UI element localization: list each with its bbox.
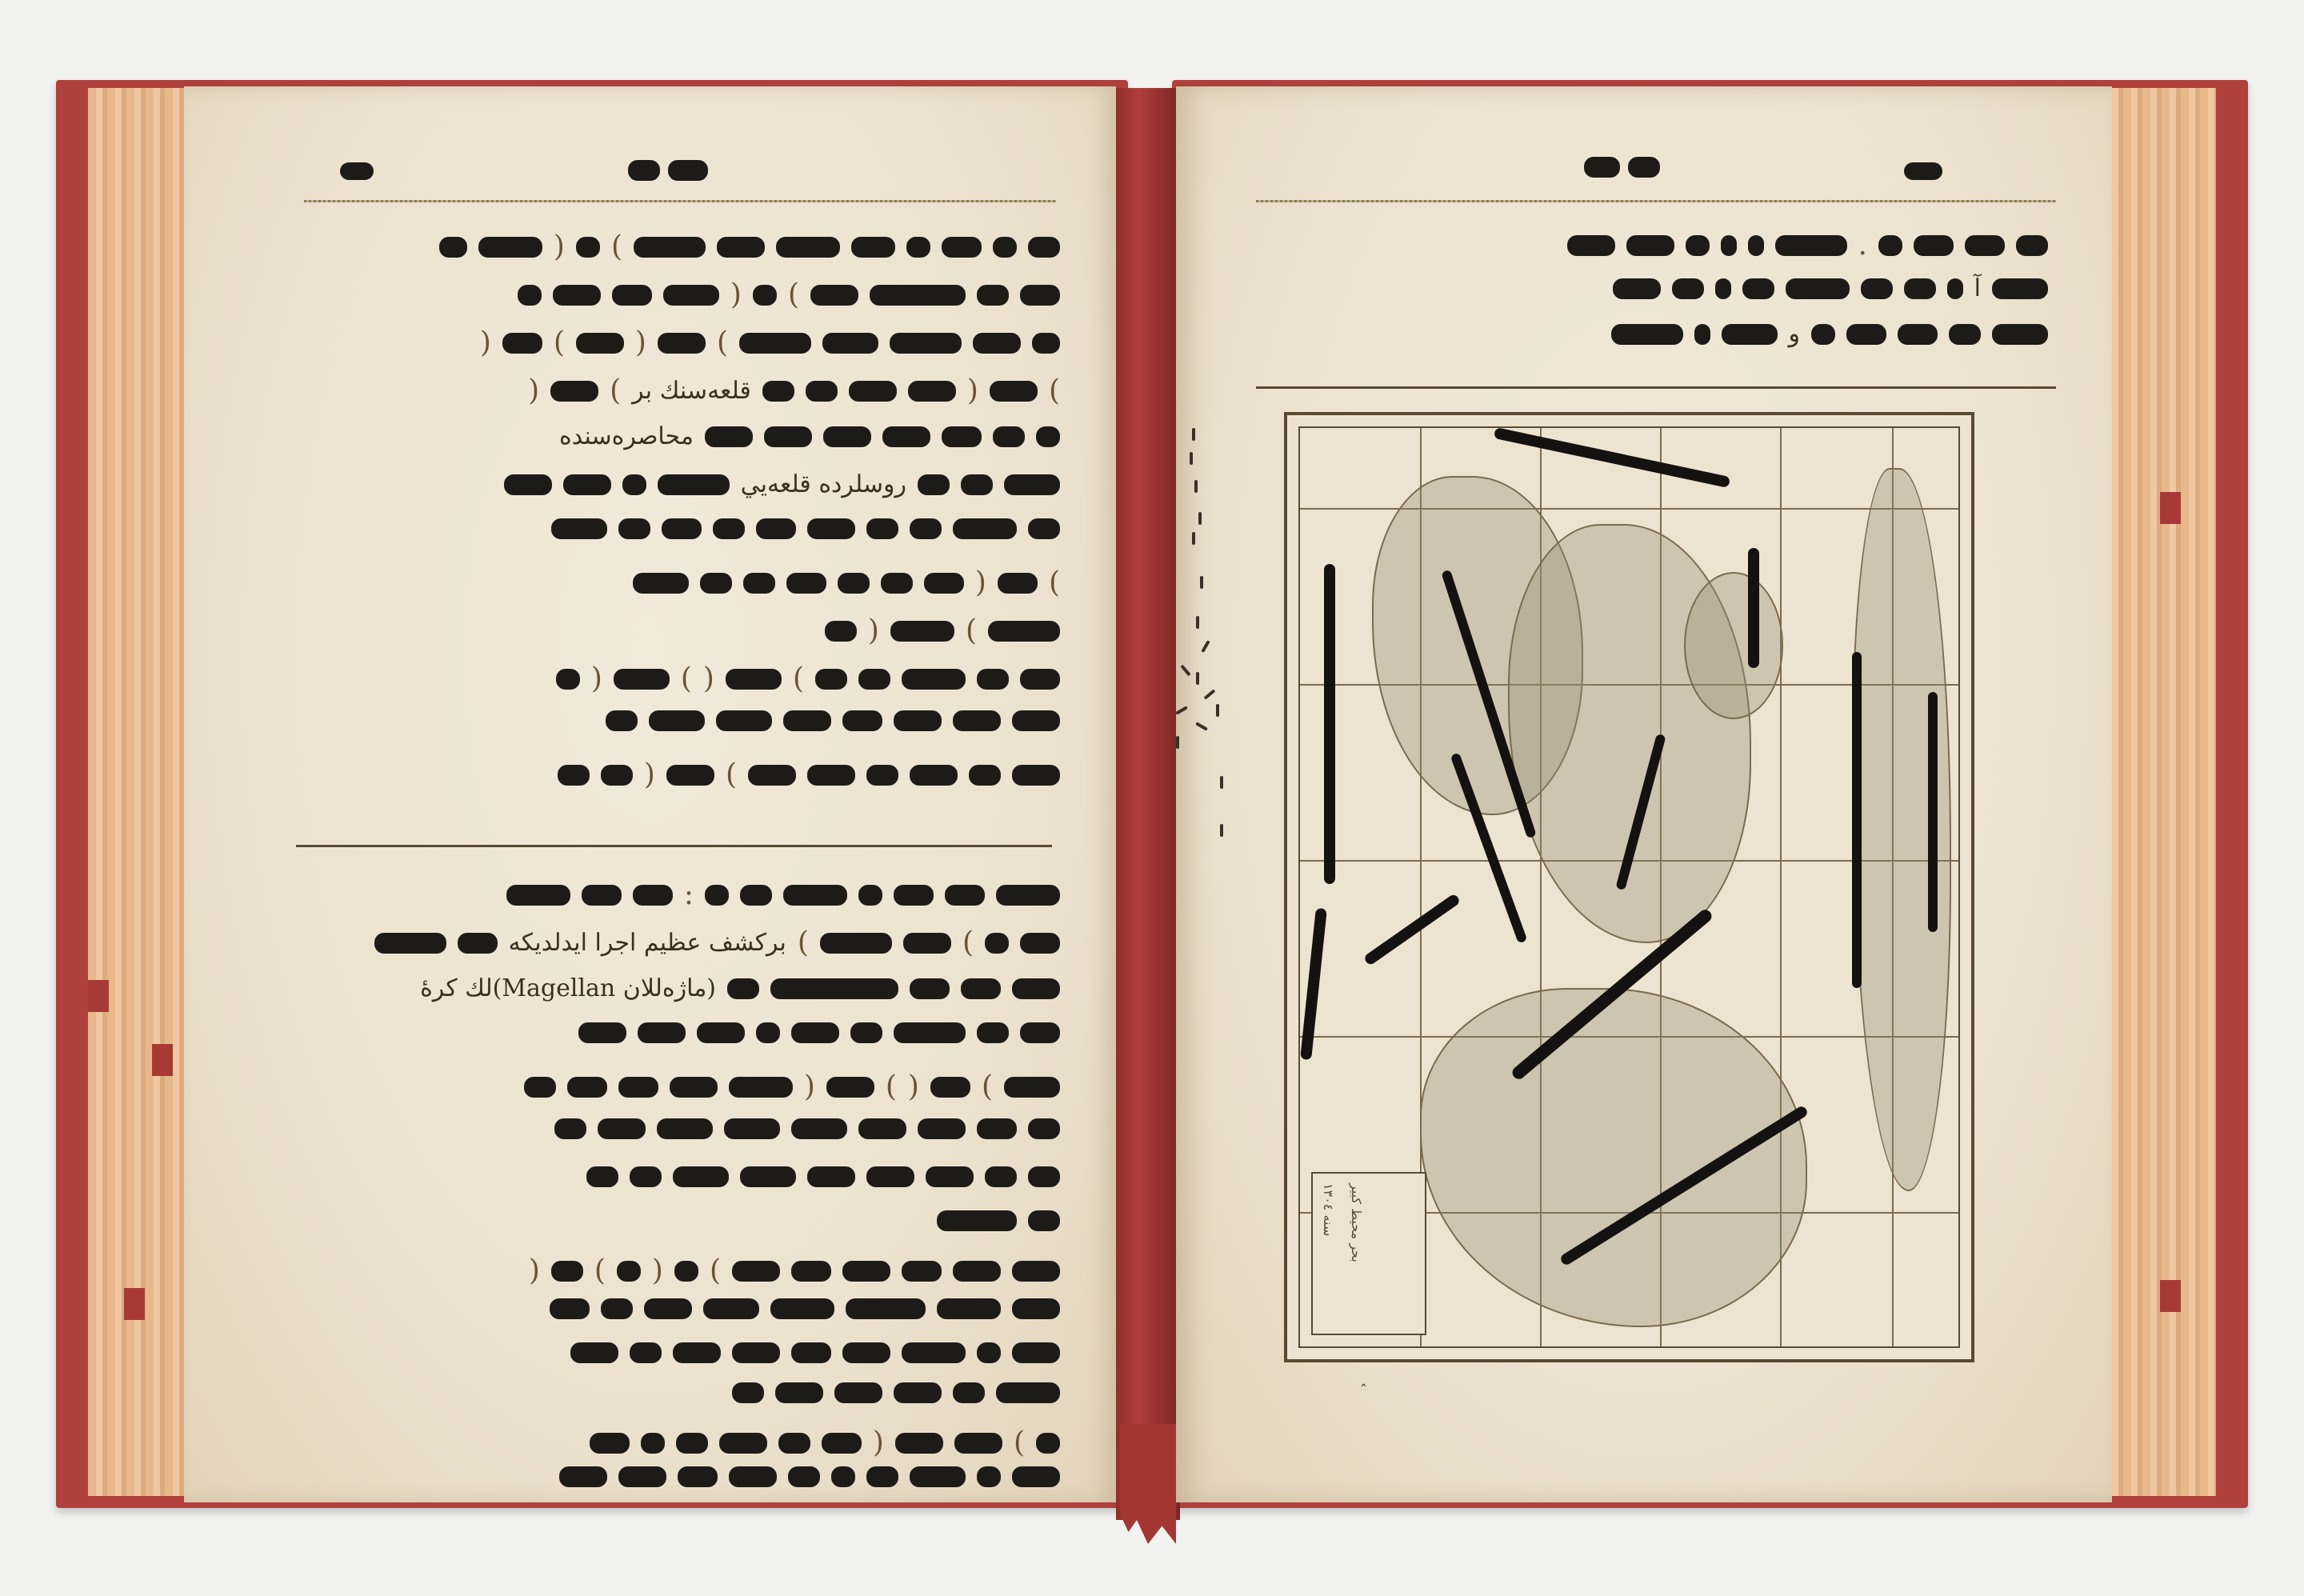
page-tab: [2160, 492, 2181, 524]
text-line: ()(): [556, 662, 1060, 695]
redaction-stroke: [1852, 652, 1862, 988]
insect-mark: [1220, 824, 1223, 837]
header-rule: [304, 200, 1056, 202]
page-mark: ˆ: [1360, 1382, 1367, 1399]
page-tab: [124, 1288, 145, 1320]
redaction-stroke: [1928, 692, 1938, 932]
text-line: و: [1611, 320, 2049, 348]
text-line: ((بركشف عظيم اجرا ايدلديكه: [374, 926, 1060, 959]
text-line: (): [590, 1426, 1060, 1459]
open-book: () () ()() ()قلعه‌سنك بر() محاصره‌سنده ر…: [0, 0, 2304, 1596]
text-line: روسلرده قلعه‌يي: [504, 470, 1060, 498]
insect-mark: [1220, 776, 1223, 789]
ribbon-bookmark: [1120, 1424, 1176, 1544]
text-line: [551, 518, 1060, 539]
text-line: [606, 710, 1060, 731]
redaction-stroke: [1363, 893, 1462, 966]
insect-mark: [1216, 704, 1219, 717]
text-line: (): [558, 758, 1060, 791]
insect-mark: [1176, 736, 1179, 749]
insect-mark: [1192, 428, 1195, 441]
visible-text: روسلرده قلعه‌يي: [741, 470, 906, 498]
text-line: [732, 1382, 1060, 1403]
insect-mark: [1194, 480, 1198, 493]
text-line: ()(): [524, 1070, 1060, 1103]
section-divider: [1256, 386, 2056, 389]
redaction-stroke: [1324, 564, 1335, 884]
visible-text: بركشف عظيم اجرا ايدلديكه: [509, 929, 786, 957]
redaction-stroke: [1494, 427, 1730, 488]
running-title: [628, 160, 708, 181]
text-line: [937, 1210, 1060, 1231]
insect-mark: [1196, 672, 1199, 685]
page-number-redacted: [340, 162, 374, 180]
text-line: (): [825, 614, 1060, 647]
text-line: (): [518, 278, 1060, 311]
visible-text: محاصره‌سنده: [559, 422, 694, 450]
text-line: .: [1567, 229, 2048, 262]
spine-gutter: [1116, 88, 1180, 1520]
left-page: () () ()() ()قلعه‌سنك بر() محاصره‌سنده ر…: [184, 86, 1116, 1502]
landmass: [1684, 572, 1783, 719]
text-line: [570, 1342, 1060, 1363]
text-line: [559, 1466, 1060, 1487]
text-line: :: [506, 878, 1060, 911]
map-legend: سنه ۱۳۰٤ بحر محيط كبير: [1311, 1172, 1426, 1335]
page-tab: [2160, 1280, 2181, 1312]
text-line: ()(): [480, 326, 1060, 359]
text-line: [586, 1166, 1060, 1187]
page-tab: [88, 980, 109, 1012]
text-line: [554, 1118, 1060, 1139]
section-divider: [296, 845, 1052, 847]
visible-text: قلعه‌سنك بر: [632, 377, 751, 405]
insect-mark: [1198, 512, 1202, 525]
text-line: (ماژه‌للان Magellan)لك كرهٔ: [420, 974, 1060, 1002]
insect-mark: [1190, 452, 1193, 465]
page-edges-left: [88, 88, 200, 1496]
text-line: محاصره‌سنده: [559, 422, 1060, 450]
page-tab: [152, 1044, 173, 1076]
page-number-redacted: [1904, 162, 1942, 180]
text-line: (): [633, 566, 1060, 599]
redaction-stroke: [1748, 548, 1759, 668]
insect-mark: [1200, 576, 1203, 589]
visible-text: و: [1789, 320, 1801, 348]
text-line: [578, 1022, 1060, 1043]
text-line: (): [439, 230, 1060, 263]
map-frame: سنه ۱۳۰٤ بحر محيط كبير: [1298, 426, 1960, 1348]
text-line: [550, 1298, 1060, 1319]
text-line: آ: [1613, 274, 2048, 302]
header-rule: [1256, 200, 2056, 202]
map-illustration: سنه ۱۳۰٤ بحر محيط كبير: [1284, 412, 1974, 1362]
insect-mark: [1196, 616, 1199, 629]
running-title: [1584, 157, 1660, 178]
visible-text-magellan: (ماژه‌للان Magellan)لك كرهٔ: [420, 974, 716, 1002]
text-line: ()قلعه‌سنك بر(): [528, 374, 1060, 407]
insect-mark: [1192, 532, 1195, 545]
text-line: ()(): [529, 1254, 1060, 1287]
landmass: [1420, 988, 1807, 1327]
visible-text: آ: [1974, 274, 1981, 302]
